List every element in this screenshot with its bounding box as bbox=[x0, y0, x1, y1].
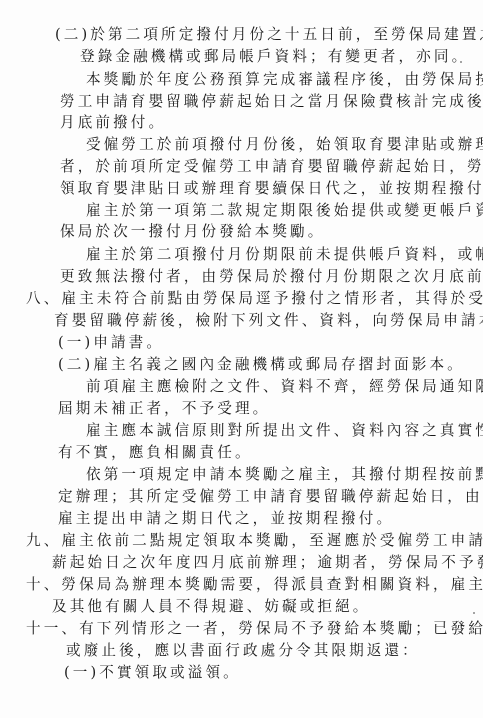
section-heading-10: 十、勞保局為辦理本獎勵需要，得派員查對相關資料，雇主、受僱勞工 bbox=[26, 575, 483, 595]
section-heading-11: 十一、有下列情形之一者，勞保局不予發給本獎勵；已發給者，經撤銷 bbox=[26, 619, 483, 639]
text-line: 屆期未補正者，不予受理。 bbox=[58, 399, 270, 419]
text-line: 有不實，應負相關責任。 bbox=[58, 443, 253, 463]
text-line: 者，於前項所定受僱勞工申請育嬰留職停薪起始日，勞保局得另以 bbox=[60, 157, 483, 177]
text-line: 雇主應本誠信原則對所提出文件、資料內容之真實性負責，如 bbox=[86, 421, 483, 441]
text-line: 更致無法撥付者，由勞保局於撥付月份期限之次月底前通知雇主。 bbox=[60, 267, 483, 287]
text-line: 勞工申請育嬰留職停薪起始日之當月保險費核計完成後比對，在次 bbox=[60, 92, 483, 112]
scan-speck bbox=[460, 61, 462, 63]
text-line: 領取育嬰津貼日或辦理育嬰續保日代之，並按期程撥付。 bbox=[60, 179, 483, 199]
text-line: 薪起始日之次年度四月底前辦理；逾期者，勞保局不予發給。 bbox=[52, 553, 483, 573]
section-heading-8: 八、雇主未符合前點由勞保局逕予撥付之情形者，其得於受僱勞工請畢 bbox=[26, 289, 483, 309]
text-line: 依第一項規定申請本獎勵之雇主，其撥付期程按前點第二項規 bbox=[86, 465, 483, 485]
scan-speck bbox=[473, 612, 475, 614]
text-line: 雇主於第二項撥付月份期限前未提供帳戶資料，或帳戶資料變 bbox=[86, 245, 483, 265]
text-line: 雇主於第一項第二款規定期限後始提供或變更帳戶資料者，勞 bbox=[86, 201, 483, 221]
text-line: 登錄金融機構或郵局帳戶資料；有變更者，亦同。 bbox=[80, 47, 469, 67]
text-line: 及其他有關人員不得規避、妨礙或拒絕。 bbox=[52, 597, 371, 617]
text-line: 定辦理；其所定受僱勞工申請育嬰留職停薪起始日，由勞保局另以 bbox=[58, 487, 483, 507]
scan-speck bbox=[464, 38, 466, 40]
document-page: (二)於第二項所定撥付月份之十五日前，至勞保局建置之線上系統 登錄金融機構或郵局… bbox=[0, 0, 483, 718]
text-line: 前項雇主應檢附之文件、資料不齊，經勞保局通知限期補正， bbox=[86, 377, 483, 397]
list-item: (二)雇主名義之國內金融機構或郵局存摺封面影本。 bbox=[58, 355, 465, 375]
list-item: (一)不實領取或溢領。 bbox=[64, 663, 241, 683]
text-line: 育嬰留職停薪後，檢附下列文件、資料，向勞保局申請本獎勵： bbox=[54, 311, 483, 331]
text-line: 月底前撥付。 bbox=[60, 113, 166, 133]
text-line: (二)於第二項所定撥付月份之十五日前，至勞保局建置之線上系統 bbox=[55, 25, 483, 45]
text-line: 或廢止後，應以書面行政處分令其限期返還： bbox=[66, 641, 420, 661]
text-line: 雇主提出申請之期日代之，並按期程撥付。 bbox=[58, 509, 394, 529]
text-line: 本獎勵於年度公務預算完成審議程序後，由勞保局按季於受僱 bbox=[86, 70, 483, 90]
text-line: 保局於次一撥付月份發給本獎勵。 bbox=[60, 222, 325, 242]
section-heading-9: 九、雇主依前二點規定領取本獎勵，至遲應於受僱勞工申請育嬰留職停 bbox=[26, 531, 483, 551]
text-line: 受僱勞工於前項撥付月份後，始領取育嬰津貼或辦理育嬰續保 bbox=[86, 135, 483, 155]
list-item: (一)申請書。 bbox=[58, 333, 164, 353]
